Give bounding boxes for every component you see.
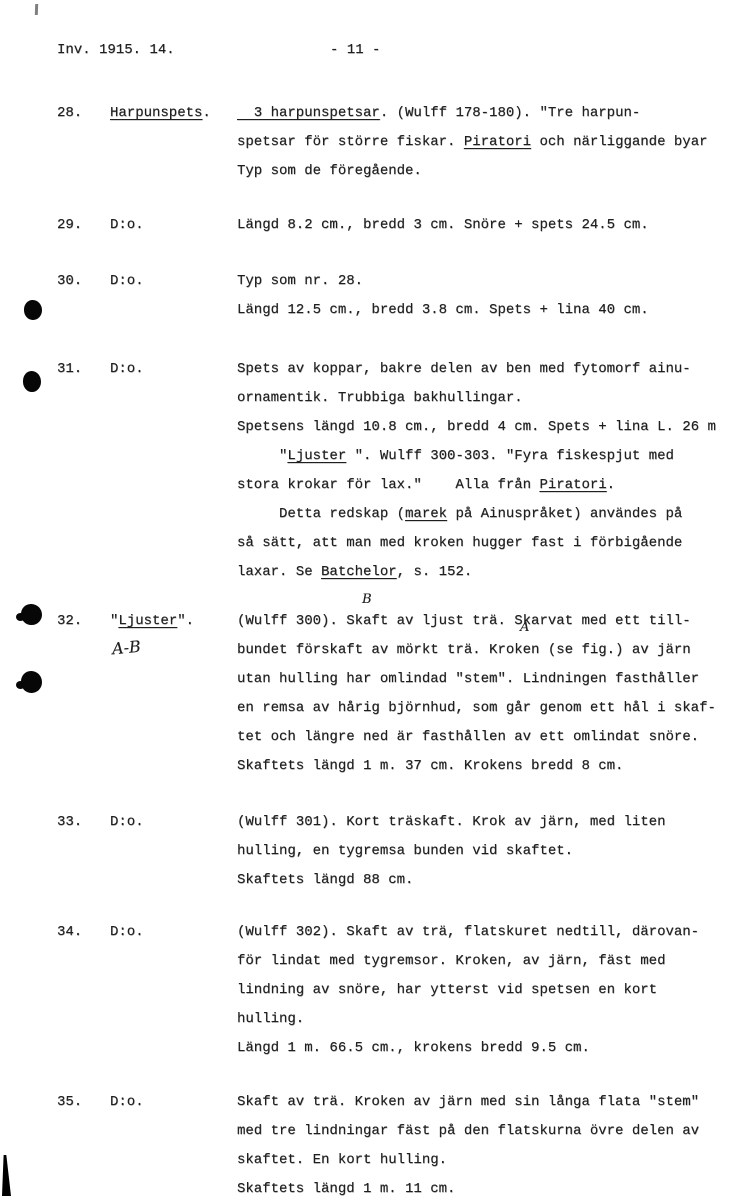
- entry-label: D:o.: [110, 918, 144, 947]
- text-segment: Spets av koppar, bakre delen av ben med …: [237, 361, 691, 377]
- text-segment: laxar. Se: [237, 564, 321, 580]
- entry-number: 34.: [57, 918, 82, 947]
- text-line: Skaft av trä. Kroken av järn med sin lån…: [237, 1088, 729, 1117]
- text-segment: lindning av snöre, har ytterst vid spets…: [237, 982, 657, 998]
- text-segment: ": [237, 448, 287, 464]
- text-line: en remsa av hårig björnhud, som går geno…: [237, 694, 729, 723]
- text-line: Skaftets längd 1 m. 11 cm.: [237, 1175, 729, 1200]
- entry-label: Harpunspets.: [110, 99, 211, 128]
- scan-artifact-bottom-wedge: [2, 1155, 11, 1196]
- text-segment: hulling.: [237, 1011, 304, 1027]
- document-page: Inv. 1915. 14. - 11 - 28. Harpunspets. 3…: [0, 0, 732, 1200]
- text-line: så sätt, att man med kroken hugger fast …: [237, 529, 729, 558]
- entry-number: 32.: [57, 607, 82, 636]
- text-segment: spetsar för större fiskar.: [237, 134, 464, 150]
- text-segment: Batchelor: [321, 564, 397, 580]
- text-line: (Wulff 301). Kort träskaft. Krok av järn…: [237, 808, 729, 837]
- entry-text: (Wulff 301). Kort träskaft. Krok av järn…: [237, 808, 729, 895]
- text-segment: Längd 1 m. 66.5 cm., krokens bredd 9.5 c…: [237, 1040, 590, 1056]
- text-segment: Skaftets längd 1 m. 11 cm.: [237, 1181, 455, 1197]
- text-line: tet och längre ned är fasthållen av ett …: [237, 723, 729, 752]
- text-line: Längd 1 m. 66.5 cm., krokens bredd 9.5 c…: [237, 1034, 729, 1063]
- text-line: skaftet. En kort hulling.: [237, 1146, 729, 1175]
- text-line: spetsar för större fiskar. Piratori och …: [237, 128, 729, 157]
- text-line: Detta redskap (marek på Ainuspråket) anv…: [237, 500, 729, 529]
- text-line: med tre lindningar fäst på den flatskurn…: [237, 1117, 729, 1146]
- entry-label: D:o.: [110, 808, 144, 837]
- text-segment: utan hulling har omlindad "stem". Lindni…: [237, 671, 699, 687]
- text-line: hulling, en tygremsa bunden vid skaftet.: [237, 837, 729, 866]
- text-segment: Piratori: [539, 477, 606, 493]
- entry-number: 35.: [57, 1088, 82, 1117]
- text-segment: .: [607, 477, 615, 493]
- text-segment: (Wulff 302). Skaft av trä, flatskuret ne…: [237, 924, 699, 940]
- text-segment: Typ som de föregående.: [237, 163, 422, 179]
- text-line: för lindat med tygremsor. Kroken, av jär…: [237, 947, 729, 976]
- entry-label: D:o.: [110, 211, 144, 240]
- text-line: hulling.: [237, 1005, 729, 1034]
- text-segment: så sätt, att man med kroken hugger fast …: [237, 535, 682, 551]
- text-segment: bundet förskaft av mörkt trä. Kroken (se…: [237, 642, 691, 658]
- handwritten-annotation: A-B: [111, 632, 142, 663]
- text-line: (Wulff 302). Skaft av trä, flatskuret ne…: [237, 918, 729, 947]
- text-segment: D:o.: [110, 1094, 144, 1110]
- entry-text: B A (Wulff 300). Skaft av ljust trä. Ska…: [237, 607, 729, 781]
- text-line: utan hulling har omlindad "stem". Lindni…: [237, 665, 729, 694]
- text-segment: tet och längre ned är fasthållen av ett …: [237, 729, 699, 745]
- text-segment: Ljuster: [287, 448, 346, 464]
- hole-punch-mark: [21, 671, 42, 693]
- text-segment: ornamentik. Trubbiga bakhullingar.: [237, 390, 523, 406]
- page-number: - 11 -: [330, 42, 380, 58]
- text-segment: Spetsens längd 10.8 cm., bredd 4 cm. Spe…: [237, 419, 716, 435]
- text-line: bundet förskaft av mörkt trä. Kroken (se…: [237, 636, 729, 665]
- entry-text: Skaft av trä. Kroken av järn med sin lån…: [237, 1088, 729, 1200]
- text-segment: med tre lindningar fäst på den flatskurn…: [237, 1123, 699, 1139]
- text-segment: Skaftets längd 88 cm.: [237, 872, 413, 888]
- text-segment: en remsa av hårig björnhud, som går geno…: [237, 700, 716, 716]
- text-segment: D:o.: [110, 361, 144, 377]
- text-segment: Skaftets längd 1 m. 37 cm. Krokens bredd…: [237, 758, 623, 774]
- handwritten-superscript-a: A: [520, 621, 529, 634]
- scan-artifact-top-tick: [35, 4, 38, 15]
- text-segment: hulling, en tygremsa bunden vid skaftet.: [237, 843, 573, 859]
- entry-number: 28.: [57, 99, 82, 128]
- text-line: ornamentik. Trubbiga bakhullingar.: [237, 384, 729, 413]
- inventory-number: Inv. 1915. 14.: [57, 42, 175, 58]
- text-segment: för lindat med tygremsor. Kroken, av jär…: [237, 953, 665, 969]
- text-line: Typ som de föregående.: [237, 157, 729, 186]
- entry-number: 33.: [57, 808, 82, 837]
- text-segment: ".: [177, 613, 194, 629]
- text-line: Skaftets längd 1 m. 37 cm. Krokens bredd…: [237, 752, 729, 781]
- text-line: stora krokar för lax." Alla från Pirator…: [237, 471, 729, 500]
- entry-text: Längd 8.2 cm., bredd 3 cm. Snöre + spets…: [237, 211, 729, 240]
- entry-number: 29.: [57, 211, 82, 240]
- text-segment: Ljuster: [118, 613, 177, 629]
- text-segment: och närliggande byar: [531, 134, 707, 150]
- text-line: Längd 12.5 cm., bredd 3.8 cm. Spets + li…: [237, 296, 729, 325]
- handwritten-superscript-b: B: [362, 593, 372, 606]
- text-line: "Ljuster ". Wulff 300-303. "Fyra fiskesp…: [237, 442, 729, 471]
- text-segment: . (Wulff 178-180). "Tre harpun-: [380, 105, 640, 121]
- hole-punch-mark: [21, 604, 42, 625]
- hole-punch-mark: [23, 371, 41, 392]
- entry-text: Spets av koppar, bakre delen av ben med …: [237, 355, 729, 587]
- text-segment: D:o.: [110, 217, 144, 233]
- text-segment: D:o.: [110, 814, 144, 830]
- text-line: 3 harpunspetsar. (Wulff 178-180). "Tre h…: [237, 99, 729, 128]
- text-segment: Skaft av trä. Kroken av järn med sin lån…: [237, 1094, 699, 1110]
- hole-punch-mark: [24, 300, 42, 320]
- text-line: lindning av snöre, har ytterst vid spets…: [237, 976, 729, 1005]
- text-segment: skaftet. En kort hulling.: [237, 1152, 447, 1168]
- entry-text: Typ som nr. 28. Längd 12.5 cm., bredd 3.…: [237, 267, 729, 325]
- entry-label: D:o.: [110, 267, 144, 296]
- entry-number: 31.: [57, 355, 82, 384]
- text-segment: Harpunspets: [110, 105, 202, 121]
- text-segment: 3 harpunspetsar: [237, 105, 380, 121]
- text-segment: ". Wulff 300-303. "Fyra fiskespjut med: [346, 448, 674, 464]
- entry-text: 3 harpunspetsar. (Wulff 178-180). "Tre h…: [237, 99, 729, 186]
- text-line: Skaftets längd 88 cm.: [237, 866, 729, 895]
- text-segment: Detta redskap (: [237, 506, 405, 522]
- text-line: Längd 8.2 cm., bredd 3 cm. Snöre + spets…: [237, 211, 729, 240]
- entry-label: D:o.: [110, 1088, 144, 1117]
- text-segment: Längd 12.5 cm., bredd 3.8 cm. Spets + li…: [237, 302, 649, 318]
- text-segment: Piratori: [464, 134, 531, 150]
- text-line: Typ som nr. 28.: [237, 267, 729, 296]
- text-segment: marek: [405, 506, 447, 522]
- text-segment: (Wulff 300). Skaft av ljust trä. Skarvat…: [237, 613, 691, 629]
- text-line: Spetsens längd 10.8 cm., bredd 4 cm. Spe…: [237, 413, 729, 442]
- entry-label: D:o.: [110, 355, 144, 384]
- text-segment: Längd 8.2 cm., bredd 3 cm. Snöre + spets…: [237, 217, 649, 233]
- text-segment: på Ainuspråket) användes på: [447, 506, 682, 522]
- text-segment: (Wulff 301). Kort träskaft. Krok av järn…: [237, 814, 665, 830]
- text-line: (Wulff 300). Skaft av ljust trä. Skarvat…: [237, 607, 729, 636]
- text-segment: D:o.: [110, 924, 144, 940]
- entry-label: "Ljuster".A-B: [110, 607, 194, 636]
- entry-text: (Wulff 302). Skaft av trä, flatskuret ne…: [237, 918, 729, 1063]
- text-segment: Typ som nr. 28.: [237, 273, 363, 289]
- entry-number: 30.: [57, 267, 82, 296]
- text-line: laxar. Se Batchelor, s. 152.: [237, 558, 729, 587]
- text-line: Spets av koppar, bakre delen av ben med …: [237, 355, 729, 384]
- text-segment: stora krokar för lax." Alla från: [237, 477, 539, 493]
- text-segment: D:o.: [110, 273, 144, 289]
- text-segment: .: [202, 105, 210, 121]
- text-segment: , s. 152.: [397, 564, 473, 580]
